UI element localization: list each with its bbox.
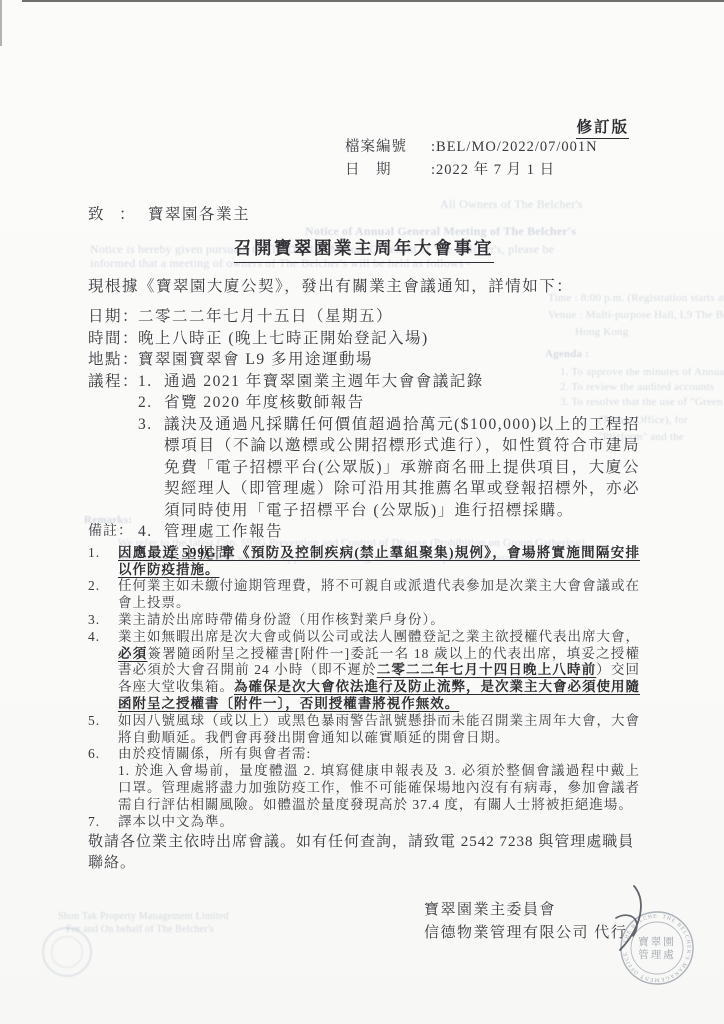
detail-row-date: 日期 ： 二零二二年七月十五日（星期五） — [88, 306, 640, 328]
remark-text-run: 任何業主如未繳付逾期管理費，將不可親自或派遣代表參加是次業主大會會議或在會上投票… — [118, 578, 640, 610]
reference-block: 檔案編號 :BEL/MO/2022/07/001N 日 期 :2022 年 7 … — [345, 136, 598, 182]
office-stamp-graphic: · THE BELCHER'S MANAGEMENT OFFICE · THE … — [596, 880, 706, 990]
to-colon: ： — [119, 206, 136, 223]
date-label: 日 期 — [345, 159, 431, 182]
remarks-section: 備註： 1.因應最近 599G 章《預防及控制疾病(禁止羣組聚集)規例》，會場將… — [88, 524, 640, 830]
agenda-label: 議程 — [88, 371, 122, 393]
remark-item: 3.業主請於出席時帶備身份證（用作核對業戶身份）。 — [88, 612, 640, 629]
to-label: 致 — [88, 206, 105, 223]
addressee-row: 致：寶翠園各業主 — [88, 202, 250, 224]
detail-row-time: 時間 ： 晚上八時正 (晚上七時正開始登記入場) — [88, 328, 640, 350]
remark-item: 1.因應最近 599G 章《預防及控制疾病(禁止羣組聚集)規例》，會場將實施間隔… — [88, 545, 640, 579]
remark-text-run: 因應最近 599G 章《預防及控制疾病(禁止羣組聚集)規例》，會場將實施間隔安排… — [118, 545, 640, 577]
intro-paragraph: 現根據《寶翠園大廈公契》，發出有關業主會議通知，詳情如下： — [88, 274, 648, 296]
agenda-item: 2.省覽 2020 年度核數師報告 — [138, 392, 640, 414]
to-value: 寶翠園各業主 — [148, 206, 250, 223]
remark-item: 5.如因八號風球（或以上）或黑色暴雨警告訊號懸掛而未能召開業主周年大會，大會將自… — [88, 713, 640, 747]
file-ref-label: 檔案編號 — [345, 136, 431, 159]
remark-text-run: 業主請於出席時帶備身份證（用作核對業戶身份）。 — [118, 612, 445, 627]
document-page: All Owners of The Belcher'sNotice of Ann… — [0, 0, 724, 1024]
detail-row-venue: 地點 ： 寶翠園寶翠會 L9 多用途運動場 — [88, 349, 640, 371]
remark-item: 4.業主如無暇出席是次大會或倘以公司或法人團體登記之業主欲授權代表出席大會，必須… — [88, 629, 640, 713]
stamp-center-line2: 管理處 — [638, 948, 676, 961]
remark-text-run: 譯本以中文為準。 — [118, 814, 234, 829]
remark-text-run: 由於疫情關係，所有與會者需: 1. 於進入會場前，量度體溫 2. 填寫健康申報表… — [118, 746, 640, 811]
agenda-item: 3.議決及通過凡採購任何價值超過拾萬元($100,000)以上的工程招標項目（不… — [138, 414, 640, 522]
closing-paragraph: 敬請各位業主依時出席會議。如有任何查詢，請致電 2542 7238 與管理處職員… — [88, 830, 648, 872]
date-value: :2022 年 7 月 1 日 — [431, 159, 555, 182]
date-row: 日 期 :2022 年 7 月 1 日 — [345, 159, 598, 182]
file-ref-row: 檔案編號 :BEL/MO/2022/07/001N — [345, 136, 598, 159]
remarks-label: 備註： — [88, 524, 640, 541]
stamp-center-line1: 寶翠園 — [638, 935, 676, 948]
agenda-item: 1.通過 2021 年寶翠園業主週年大會會議記錄 — [138, 371, 640, 393]
remark-text-run: 必須 — [118, 646, 147, 661]
remark-item: 7.譯本以中文為準。 — [88, 814, 640, 831]
page-title: 召開寶翠園業主周年大會事宜 — [234, 235, 494, 263]
remark-item: 2.任何業主如未繳付逾期管理費，將不可親自或派遣代表參加是次業主大會會議或在會上… — [88, 578, 640, 612]
remark-text-run: 如因八號風球（或以上）或黑色暴雨警告訊號懸掛而未能召開業主周年大會，大會將自動順… — [118, 713, 640, 745]
remark-text-run: 二零二二年七月十四日晚上八時前 — [377, 662, 597, 677]
file-ref-value: :BEL/MO/2022/07/001N — [431, 136, 598, 159]
remark-item: 6.由於疫情關係，所有與會者需: 1. 於進入會場前，量度體溫 2. 填寫健康申… — [88, 746, 640, 813]
letter-content: 修訂版 檔案編號 :BEL/MO/2022/07/001N 日 期 :2022 … — [0, 0, 724, 1024]
title-wrap: 召開寶翠園業主周年大會事宜 — [88, 235, 640, 263]
remark-text-run: 業主如無暇出席是次大會或倘以公司或法人團體登記之業主欲授權代表出席大會， — [118, 629, 640, 644]
signature-and-stamp: · THE BELCHER'S MANAGEMENT OFFICE · THE … — [596, 880, 706, 990]
